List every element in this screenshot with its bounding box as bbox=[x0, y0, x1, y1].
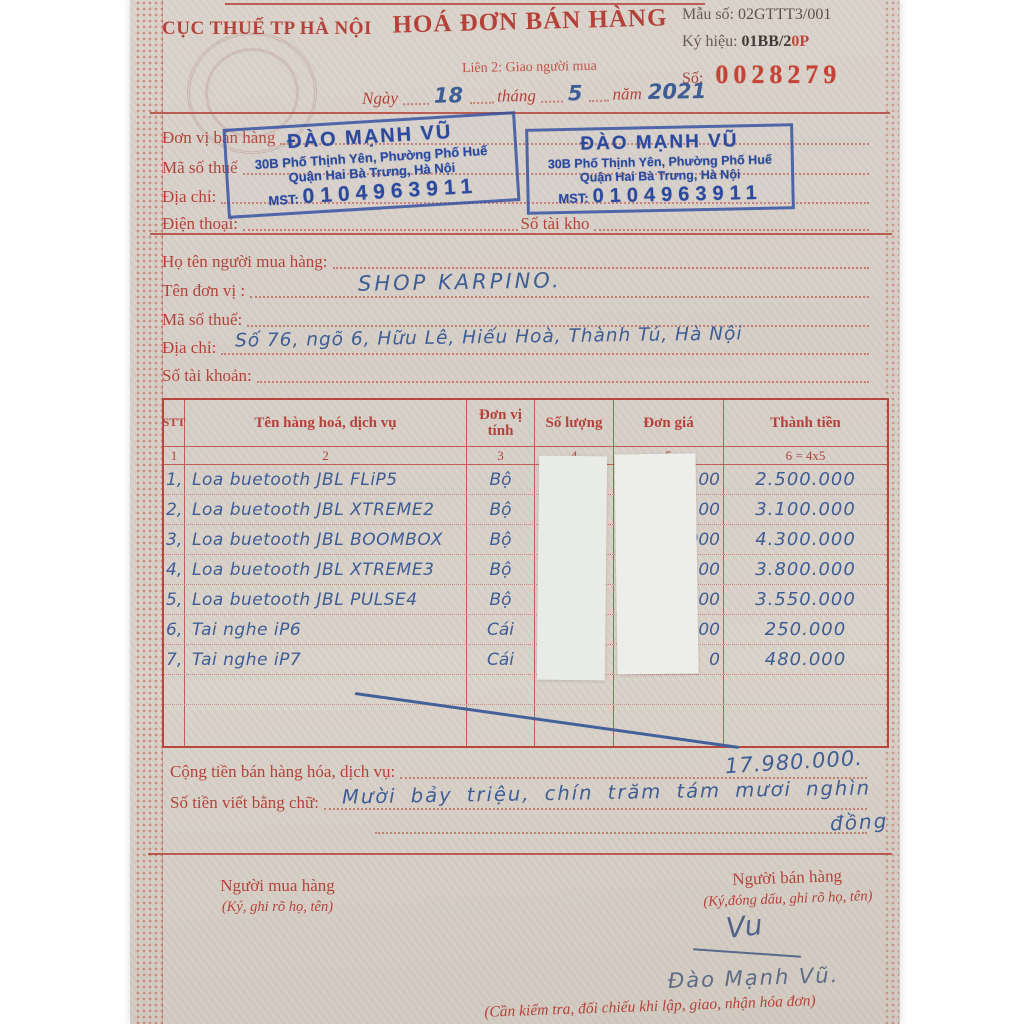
table-row-empty bbox=[164, 705, 887, 746]
invoice-number-line: Số: 0028279 bbox=[682, 60, 841, 90]
col-header-unit: Đơn vị tính bbox=[467, 400, 535, 446]
date-line: Ngày 18 tháng 5 năm 2021 bbox=[362, 79, 707, 109]
invoice-paper: CỤC THUẾ TP HÀ NỘI HOÁ ĐƠN BÁN HÀNG Liên… bbox=[130, 0, 900, 1024]
buyer-account-row: Số tài khoản: bbox=[162, 366, 872, 386]
words-label: Số tiền viết bằng chữ: bbox=[170, 793, 319, 813]
date-day-value: 18 bbox=[434, 83, 464, 108]
buyer-signature-title: Người mua hàng bbox=[185, 876, 370, 896]
total-label: Cộng tiền bán hàng hóa, dịch vụ: bbox=[170, 762, 395, 782]
serial-label: Ký hiệu: bbox=[682, 33, 738, 50]
table-row: 7, Tai nghe iP7 Cái 0 480.000 bbox=[164, 645, 887, 675]
seller-account-label-fragment: Số tài kho bbox=[521, 214, 590, 234]
buyer-signature-block: Người mua hàng (Ký, ghi rõ họ, tên) bbox=[185, 876, 370, 916]
seller-stamp-2: ĐÀO MẠNH VŨ 30B Phố Thịnh Yên, Phường Ph… bbox=[525, 123, 795, 215]
table-header-row: STT Tên hàng hoá, dịch vụ Đơn vị tính Số… bbox=[164, 400, 887, 446]
seller-signature-scribble: Vu bbox=[724, 908, 764, 945]
footer-note: (Cần kiểm tra, đối chiếu khi lập, giao, … bbox=[410, 990, 890, 1024]
left-guilloche-border bbox=[135, 0, 163, 1024]
item-name: Tai nghe iP6 bbox=[185, 615, 467, 644]
words-continuation-row bbox=[370, 822, 870, 837]
date-year-label: năm bbox=[612, 84, 642, 105]
item-amount: 2.500.000 bbox=[724, 465, 887, 494]
dotted-leader bbox=[541, 90, 563, 102]
signature-underline bbox=[693, 948, 801, 958]
number-label: Số: bbox=[682, 70, 703, 88]
dotted-leader bbox=[257, 371, 869, 383]
table-row: 5, Loa buetooth JBL PULSE4 Bộ 00 3.550.0… bbox=[164, 585, 887, 615]
stamp-mst-label: MST: bbox=[268, 192, 299, 209]
buyer-tax-label: Mã số thuế: bbox=[162, 310, 242, 330]
item-stt: 1, bbox=[164, 465, 185, 494]
stamp-mst-label: MST: bbox=[558, 191, 589, 207]
buyer-unit-label: Tên đơn vị : bbox=[162, 281, 245, 301]
col-header-stt: STT bbox=[164, 400, 185, 446]
table-row: 6, Tai nghe iP6 Cái 00 250.000 bbox=[164, 615, 887, 645]
item-unit: Bộ bbox=[467, 525, 535, 554]
col-number: 6 = 4x5 bbox=[724, 447, 887, 464]
price-cover-strip bbox=[614, 453, 698, 674]
seller-signature-name: Đào Mạnh Vũ. bbox=[668, 963, 840, 993]
item-name: Tai nghe iP7 bbox=[185, 645, 467, 674]
item-name: Loa buetooth JBL BOOMBOX bbox=[185, 525, 467, 554]
date-month-value: 5 bbox=[568, 81, 583, 105]
table-row: 1, Loa buetooth JBL FLiP5 Bộ 00 2.500.00… bbox=[164, 465, 887, 495]
item-stt: 5, bbox=[164, 585, 185, 614]
item-unit: Bộ bbox=[467, 465, 535, 494]
item-amount: 4.300.000 bbox=[724, 525, 887, 554]
dotted-leader bbox=[589, 90, 609, 102]
issuer-title: CỤC THUẾ TP HÀ NỘI bbox=[162, 18, 372, 40]
date-month-label: tháng bbox=[497, 86, 536, 107]
dotted-leader bbox=[403, 93, 429, 105]
buyer-signature-note: (Ký, ghi rõ họ, tên) bbox=[185, 899, 370, 916]
item-name: Loa buetooth JBL PULSE4 bbox=[185, 585, 467, 614]
serial-line: Ký hiệu: 01BB/20P bbox=[682, 33, 809, 51]
buyer-account-label: Số tài khoản: bbox=[162, 366, 252, 386]
buyer-name-label: Họ tên người mua hàng: bbox=[162, 252, 328, 272]
col-header-price: Đơn giá bbox=[614, 400, 724, 446]
separator-line bbox=[148, 853, 892, 855]
table-row: 4, Loa buetooth JBL XTREME3 Bộ 00 3.800.… bbox=[164, 555, 887, 585]
item-unit: Cái bbox=[467, 645, 535, 674]
seller-phone-row: Điện thoại: Số tài kho bbox=[162, 214, 872, 234]
col-header-quantity: Số lượng bbox=[535, 400, 614, 446]
dotted-leader bbox=[375, 822, 867, 834]
item-stt: 4, bbox=[164, 555, 185, 584]
item-name: Loa buetooth JBL FLiP5 bbox=[185, 465, 467, 494]
item-stt: 7, bbox=[164, 645, 185, 674]
date-day-label: Ngày bbox=[362, 88, 398, 109]
item-stt: 6, bbox=[164, 615, 185, 644]
col-number: 3 bbox=[467, 447, 535, 464]
item-stt: 2, bbox=[164, 495, 185, 524]
item-amount: 250.000 bbox=[724, 615, 887, 644]
item-name: Loa buetooth JBL XTREME3 bbox=[185, 555, 467, 584]
copy-note: Liên 2: Giao người mua bbox=[462, 59, 597, 77]
item-name: Loa buetooth JBL XTREME2 bbox=[185, 495, 467, 524]
table-row: 3, Loa buetooth JBL BOOMBOX Bộ 000 4.300… bbox=[164, 525, 887, 555]
buyer-address-label: Địa chỉ: bbox=[162, 338, 216, 358]
serial-overstamp: 0P bbox=[791, 33, 809, 50]
form-value: 02GTTT3/001 bbox=[738, 6, 831, 23]
separator-line bbox=[150, 233, 892, 235]
buyer-unit-value: SHOP KARPINO. bbox=[358, 268, 562, 296]
stamp-mst-value: 0104963911 bbox=[592, 182, 763, 209]
invoice-title: HOÁ ĐƠN BÁN HÀNG bbox=[360, 4, 701, 41]
dotted-leader bbox=[594, 219, 869, 231]
table-column-numbers: 1 2 3 4 5 6 = 4x5 bbox=[164, 446, 887, 465]
col-header-amount: Thành tiền bbox=[724, 400, 887, 446]
table-row: 2, Loa buetooth JBL XTREME2 Bộ 00 3.100.… bbox=[164, 495, 887, 525]
item-unit: Bộ bbox=[467, 495, 535, 524]
seller-stamp-1: ĐÀO MẠNH VŨ 30B Phố Thịnh Yên, Phường Ph… bbox=[223, 111, 521, 219]
serial-value: 01BB/2 bbox=[742, 33, 792, 50]
seller-phone-label: Điện thoại: bbox=[162, 214, 238, 234]
form-label: Mẫu số: bbox=[682, 6, 734, 23]
form-number-line: Mẫu số: 02GTTT3/001 bbox=[682, 6, 831, 24]
seller-address-label: Địa chỉ: bbox=[162, 187, 216, 207]
item-amount: 3.100.000 bbox=[724, 495, 887, 524]
col-header-name: Tên hàng hoá, dịch vụ bbox=[185, 400, 467, 446]
quantity-cover-strip bbox=[537, 456, 607, 681]
item-amount: 3.550.000 bbox=[724, 585, 887, 614]
words-tail: đồng bbox=[829, 808, 888, 835]
seller-signature-block: Người bán hàng (Ký,đóng dấu, ghi rõ họ, … bbox=[669, 864, 905, 912]
item-unit: Bộ bbox=[467, 585, 535, 614]
item-stt: 3, bbox=[164, 525, 185, 554]
separator-line bbox=[150, 112, 890, 114]
item-unit: Bộ bbox=[467, 555, 535, 584]
table-row-empty bbox=[164, 675, 887, 705]
items-table: STT Tên hàng hoá, dịch vụ Đơn vị tính Số… bbox=[162, 398, 889, 748]
item-amount: 480.000 bbox=[724, 645, 887, 674]
col-number: 2 bbox=[185, 447, 467, 464]
col-number: 1 bbox=[164, 447, 185, 464]
number-value: 0028279 bbox=[715, 60, 841, 90]
dotted-leader bbox=[243, 219, 518, 231]
dotted-leader bbox=[470, 92, 494, 104]
dotted-leader bbox=[333, 257, 869, 269]
item-amount: 3.800.000 bbox=[724, 555, 887, 584]
item-unit: Cái bbox=[467, 615, 535, 644]
